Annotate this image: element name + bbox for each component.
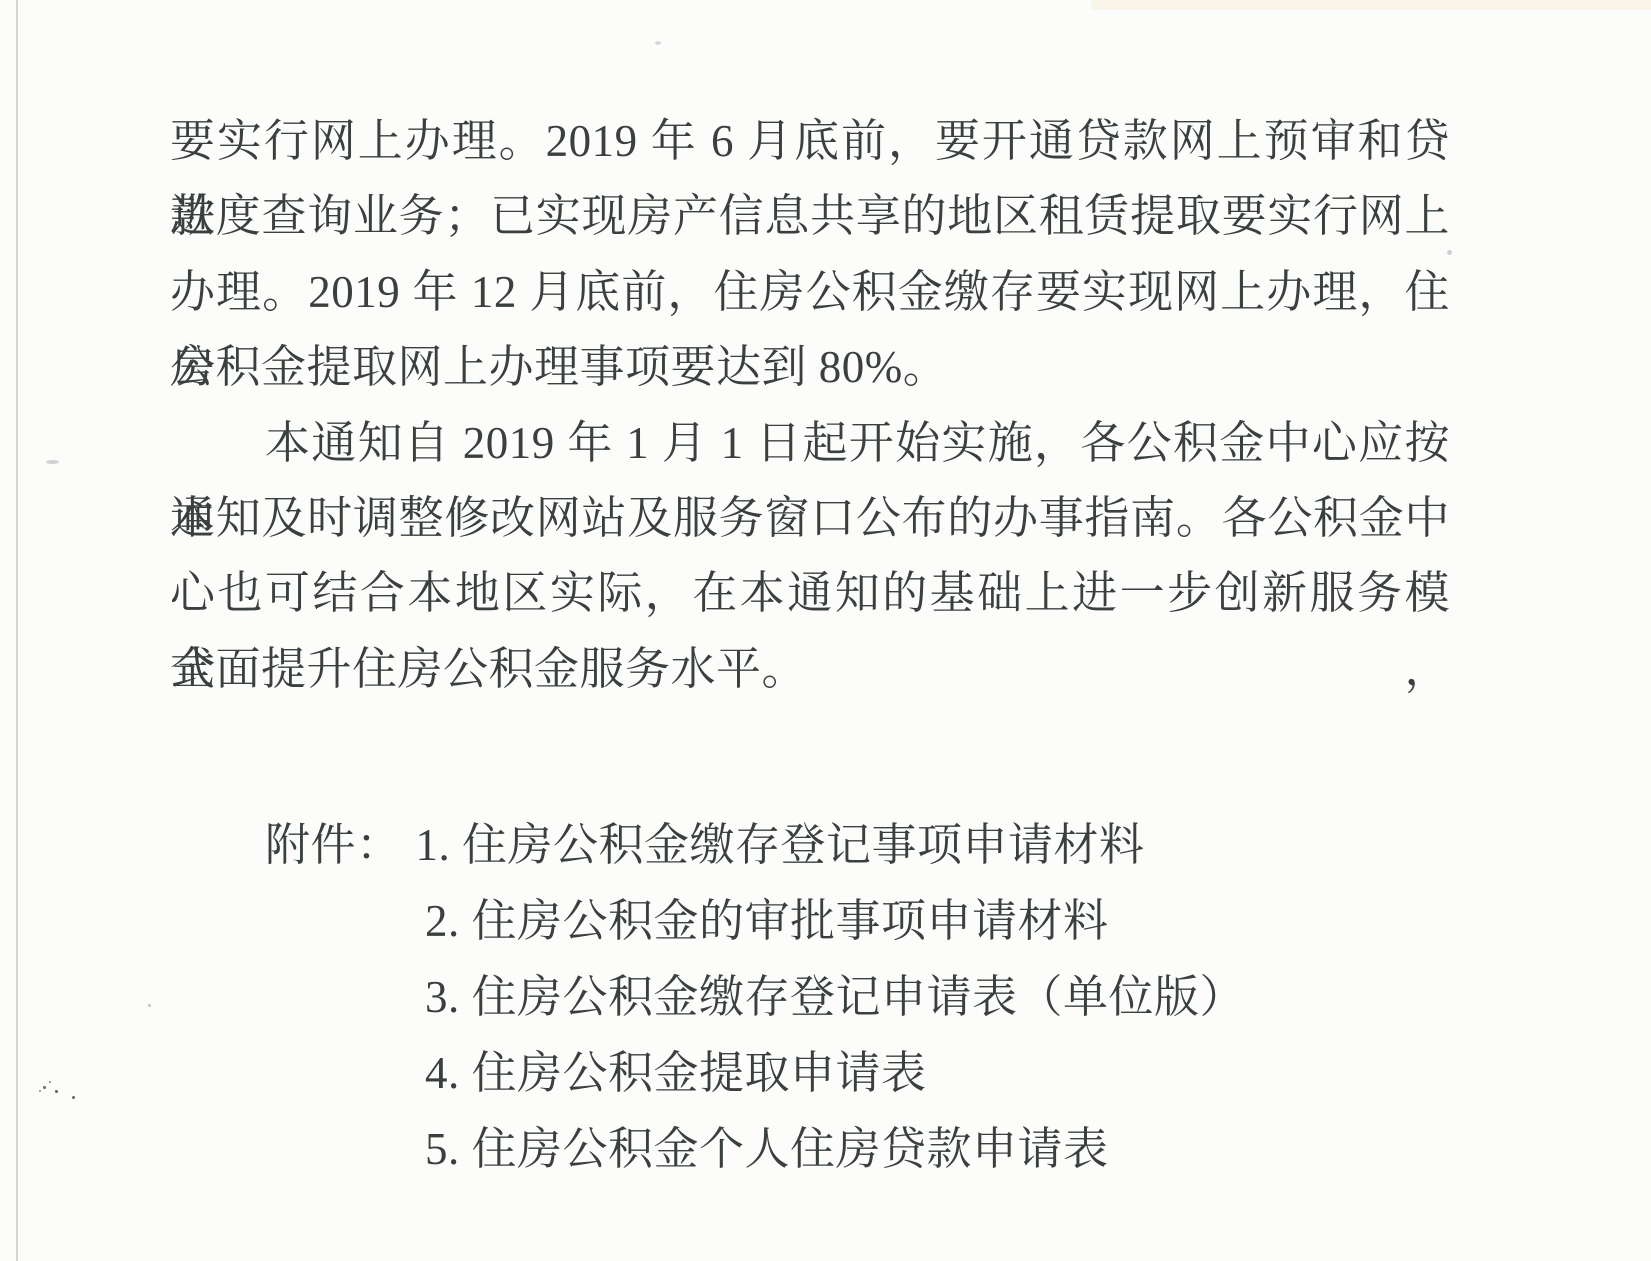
scan-speck <box>55 1090 58 1093</box>
scan-speck <box>655 41 661 45</box>
attachment-list: 附件：1. 住房公积金缴存登记事项申请材料 2. 住房公积金的审批事项申请材料 … <box>170 807 1450 1187</box>
scan-speck <box>39 1090 41 1092</box>
scan-speck <box>72 1096 75 1099</box>
attachment-item-5: 5. 住房公积金个人住房贷款申请表 <box>425 1111 1450 1187</box>
attachment-item-3: 3. 住房公积金缴存登记申请表（单位版） <box>425 959 1450 1035</box>
scan-speck <box>43 1086 46 1089</box>
body-paragraph1-line3: 办理。2019 年 12 月底前，住房公积金缴存要实现网上办理，住房 <box>170 255 1450 330</box>
scan-speck <box>148 1004 151 1007</box>
body-paragraph1-line4: 公积金提取网上办理事项要达到 80%。 <box>170 330 1450 405</box>
scan-tint-artifact <box>1091 0 1651 10</box>
document-text: 要实行网上办理。2019 年 6 月底前，要开通贷款网上预审和贷款 进度查询业务… <box>170 104 1450 1187</box>
attachment-label: 附件： <box>265 820 402 870</box>
attachment-item-1-text: 1. 住房公积金缴存登记事项申请材料 <box>416 820 1145 870</box>
scan-speck <box>49 1081 51 1083</box>
body-paragraph2-line1: 本通知自 2019 年 1 月 1 日起开始实施，各公积金中心应按本 <box>170 406 1450 481</box>
body-paragraph2-line2: 通知及时调整修改网站及服务窗口公布的办事指南。各公积金中 <box>170 481 1450 556</box>
body-paragraph2-line3: 心也可结合本地区实际，在本通知的基础上进一步创新服务模式， <box>170 556 1450 631</box>
attachment-item-1: 附件：1. 住房公积金缴存登记事项申请材料 <box>265 807 1450 883</box>
scan-speck <box>46 460 59 464</box>
body-paragraph1-line1: 要实行网上办理。2019 年 6 月底前，要开通贷款网上预审和贷款 <box>170 104 1450 179</box>
attachment-item-4: 4. 住房公积金提取申请表 <box>425 1035 1450 1111</box>
attachment-item-2: 2. 住房公积金的审批事项申请材料 <box>425 883 1450 959</box>
scan-edge-artifact <box>16 0 18 1261</box>
body-paragraph1-line2: 进度查询业务；已实现房产信息共享的地区租赁提取要实行网上 <box>170 179 1450 254</box>
